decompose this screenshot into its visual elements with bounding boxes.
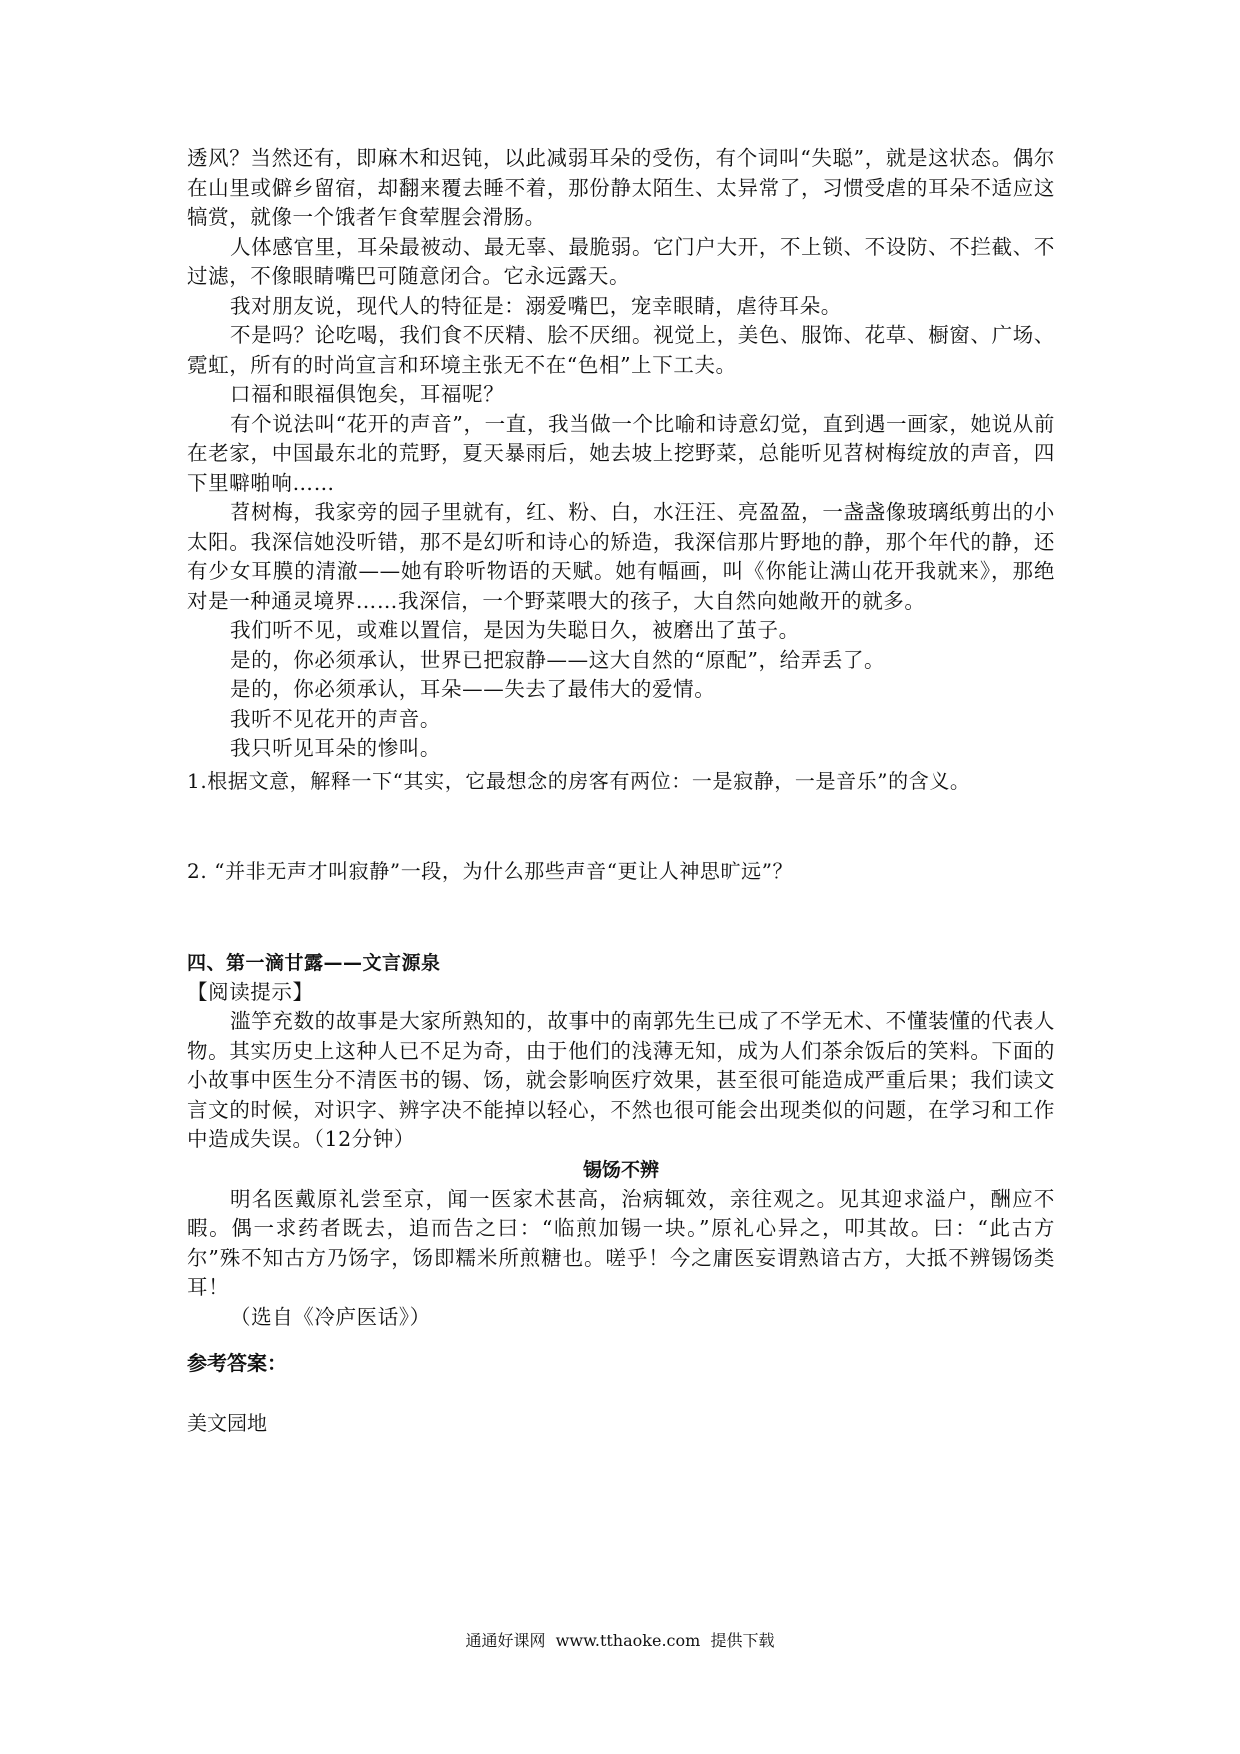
answers-title: 参考答案： bbox=[187, 1348, 1055, 1378]
section-title: 四、第一滴甘露——文言源泉 bbox=[187, 948, 1055, 978]
essay-paragraph: 不是吗？论吃喝，我们食不厌精、脍不厌细。视觉上，美色、服饰、花草、橱窗、广场、霓… bbox=[187, 321, 1055, 380]
passage-body: 明名医戴原礼尝至京，闻一医家术甚高，治病辄效，亲往观之。见其迎求溢户，酬应不暇。… bbox=[187, 1187, 1055, 1300]
passage-title: 锡饧不辨 bbox=[187, 1155, 1055, 1185]
essay-paragraph: 人体感官里，耳朵最被动、最无辜、最脆弱。它门户大开，不上锁、不设防、不拦截、不过… bbox=[187, 233, 1055, 292]
essay-paragraph: 口福和眼福俱饱矣，耳福呢？ bbox=[187, 380, 1055, 410]
spacer bbox=[187, 1332, 1055, 1348]
reading-hint-text: 滥竽充数的故事是大家所熟知的，故事中的南郭先生已成了不学无术、不懂装懂的代表人物… bbox=[187, 1007, 1055, 1155]
essay-paragraph: 我只听见耳朵的惨叫。 bbox=[187, 734, 1055, 764]
essay-paragraph: 我们听不见，或难以置信，是因为失聪日久，被磨出了茧子。 bbox=[187, 616, 1055, 646]
essay-paragraph: 是的，你必须承认，耳朵——失去了最伟大的爱情。 bbox=[187, 675, 1055, 705]
essay-paragraph: 透风？当然还有，即麻木和迟钝，以此减弱耳朵的受伤，有个词叫“失聪”，就是这状态。… bbox=[187, 144, 1055, 233]
essay-paragraph: 我对朋友说，现代人的特征是：溺爱嘴巴，宠幸眼睛，虐待耳朵。 bbox=[187, 292, 1055, 322]
essay-paragraph: 苕树梅，我家旁的园子里就有，红、粉、白，水汪汪、亮盈盈，一盏盏像玻璃纸剪出的小太… bbox=[187, 498, 1055, 616]
answer-space-1 bbox=[187, 796, 1055, 856]
answer-space-2 bbox=[187, 886, 1055, 948]
essay-body: 透风？当然还有，即麻木和迟钝，以此减弱耳朵的受伤，有个词叫“失聪”，就是这状态。… bbox=[187, 144, 1055, 764]
answers-subtitle: 美文园地 bbox=[187, 1408, 1055, 1438]
essay-paragraph: 有个说法叫“花开的声音”，一直，我当做一个比喻和诗意幻觉，直到遇一画家，她说从前… bbox=[187, 410, 1055, 499]
document-page: 透风？当然还有，即麻木和迟钝，以此减弱耳朵的受伤，有个词叫“失聪”，就是这状态。… bbox=[187, 144, 1055, 1438]
page-footer: 通通好课网 www.tthaoke.com 提供下载 bbox=[0, 1628, 1240, 1651]
spacer bbox=[187, 1378, 1055, 1408]
passage-text: 明名医戴原礼尝至京，闻一医家术甚高，治病辄效，亲往观之。见其迎求溢户，酬应不暇。… bbox=[187, 1185, 1055, 1333]
passage-source: （选自《冷庐医话》） bbox=[187, 1303, 1055, 1333]
reading-hint-label: 【阅读提示】 bbox=[187, 978, 1055, 1008]
question-1: 1.根据文意，解释一下“其实，它最想念的房客有两位：一是寂静，一是音乐”的含义。 bbox=[187, 766, 1055, 796]
question-2: 2. “并非无声才叫寂静”一段，为什么那些声音“更让人神思旷远”？ bbox=[187, 856, 1055, 886]
essay-paragraph: 是的，你必须承认，世界已把寂静——这大自然的“原配”，给弄丢了。 bbox=[187, 646, 1055, 676]
essay-paragraph: 我听不见花开的声音。 bbox=[187, 705, 1055, 735]
